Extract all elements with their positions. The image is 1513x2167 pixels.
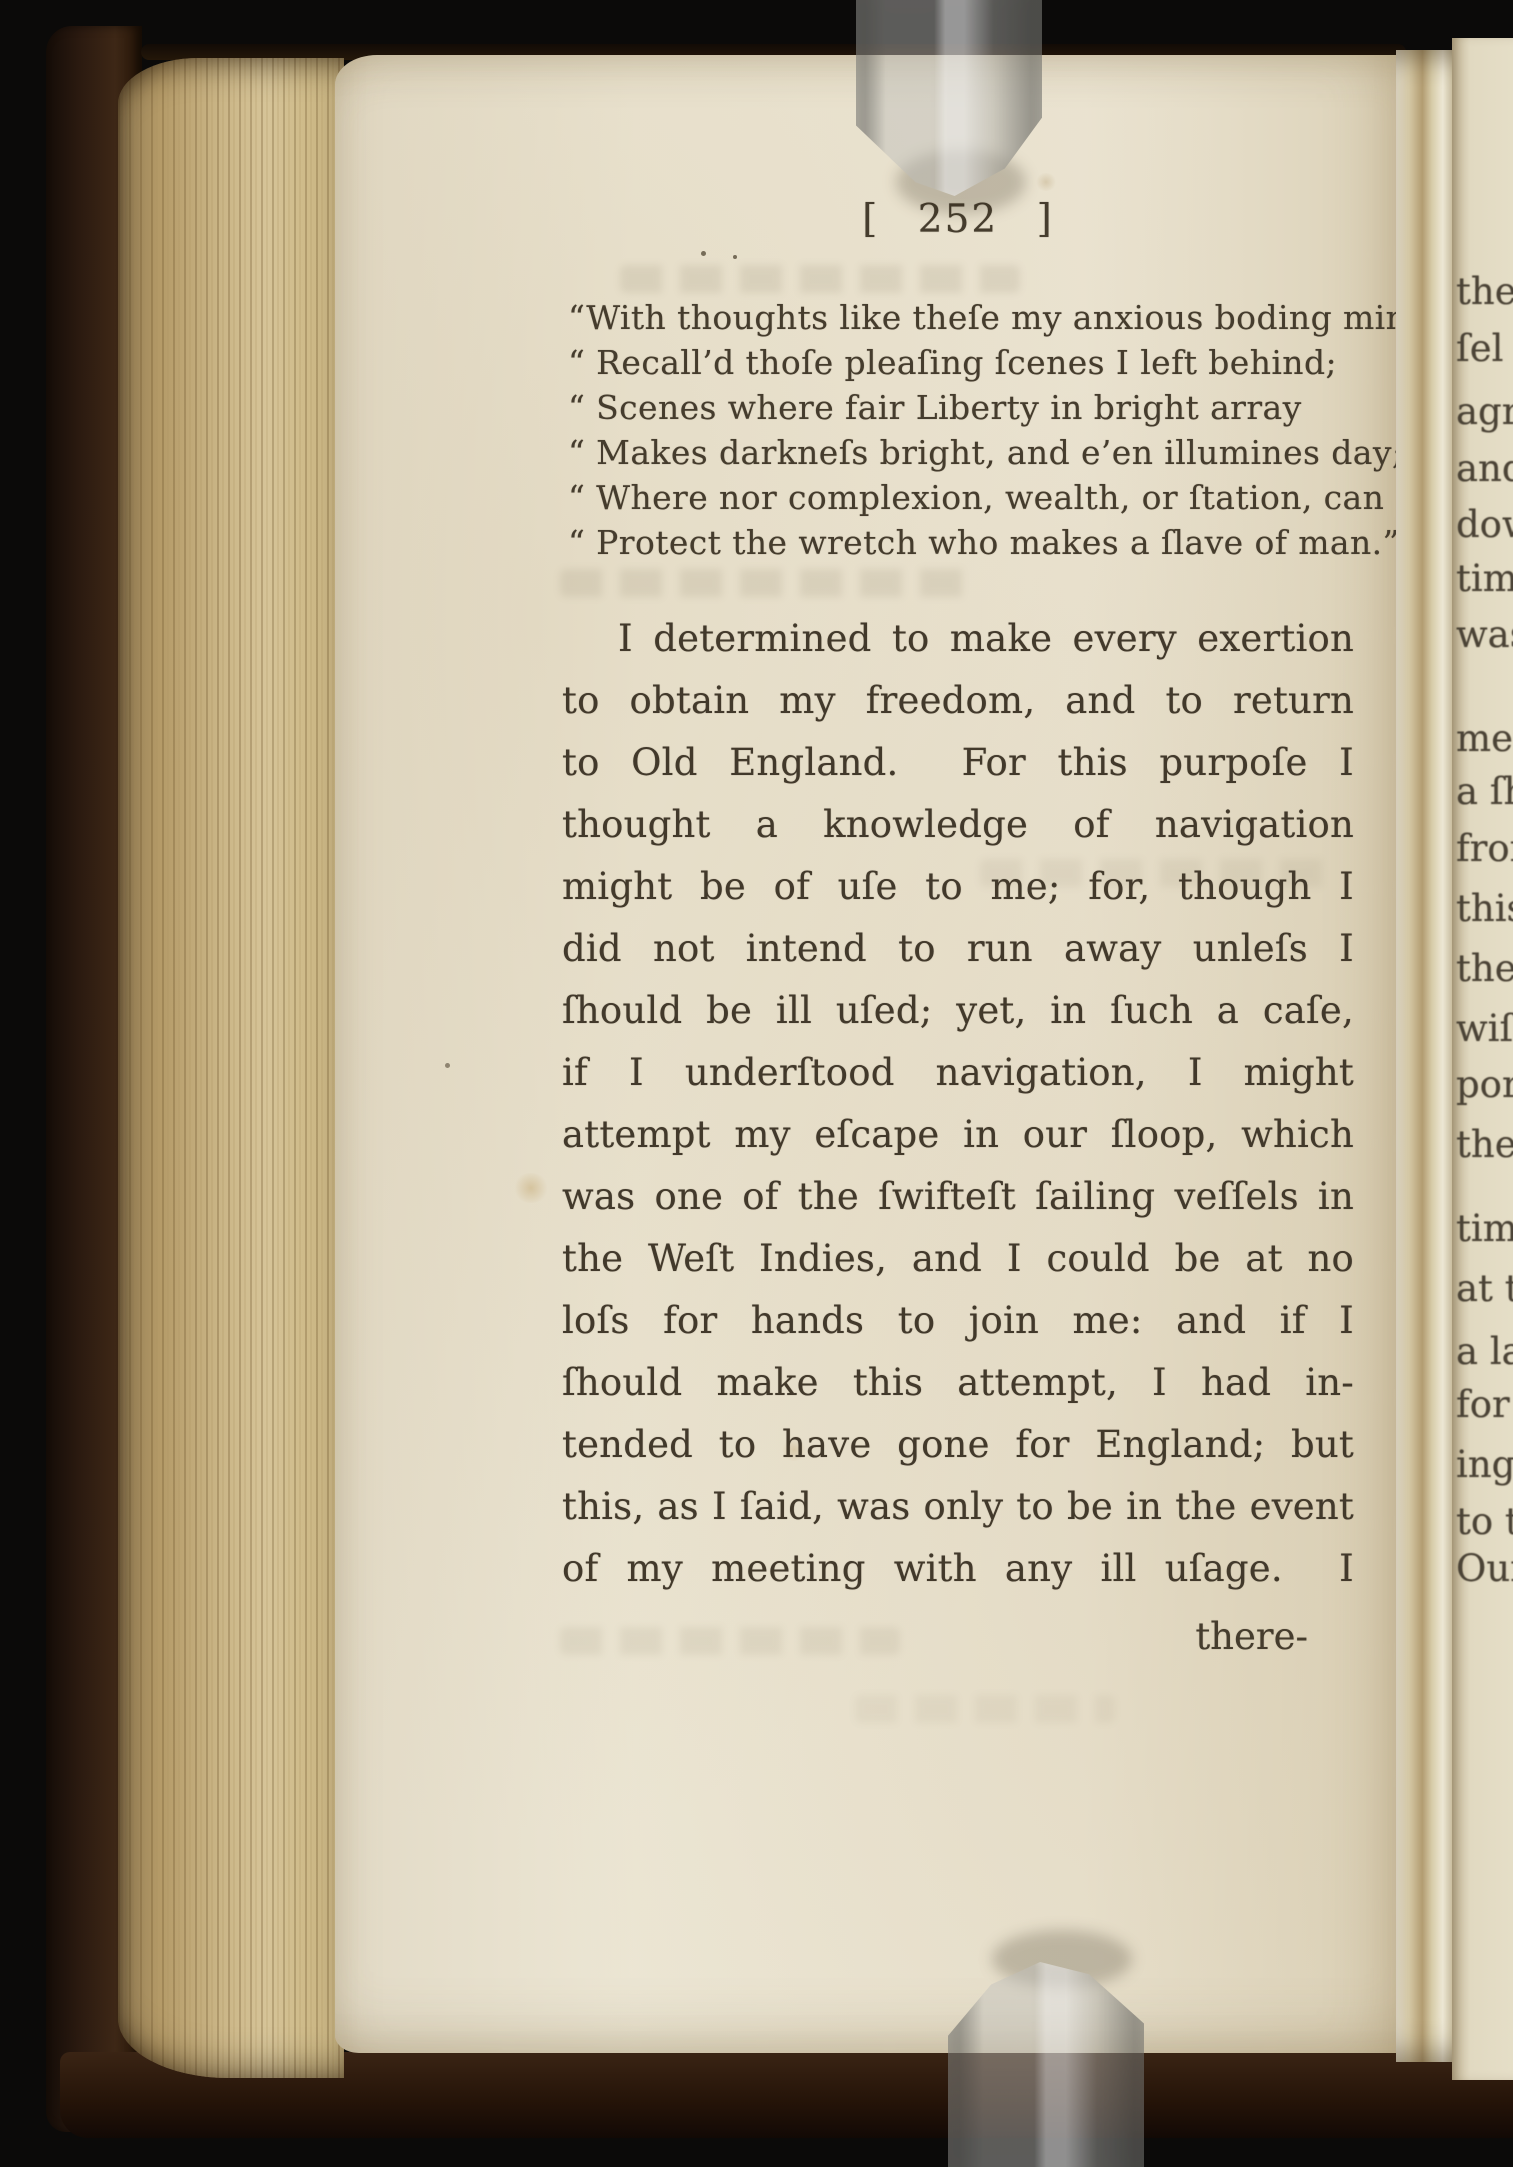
book-page-252: [ 252 ] “With thoughts like theſe my anx… [335, 55, 1405, 2053]
facing-page-text: ing v [1456, 1443, 1513, 1486]
paragraph-line: of my meeting with any ill uſage. I [562, 1538, 1354, 1600]
paragraph-line: I determined to make every exertion [562, 608, 1354, 670]
poem-line: “ Recall’d thoſe pleaſing ſcenes I left … [568, 340, 1398, 385]
catchword: there- [562, 1615, 1354, 1658]
paragraph-line: tended to have gone for England; but [562, 1414, 1354, 1476]
facing-page-text: to tw [1456, 1500, 1513, 1543]
facing-page-text: from [1456, 827, 1513, 870]
ink-speck [701, 251, 706, 256]
paragraph-line: ſhould be ill uſed; yet, in ſuch a caſe, [562, 980, 1354, 1042]
paragraph-line: ſhould make this attempt, I had in- [562, 1352, 1354, 1414]
facing-page-text: time, [1456, 1207, 1513, 1250]
facing-page-text: time a [1456, 557, 1513, 600]
page-stain [513, 1173, 549, 1203]
ink-speck [445, 1063, 450, 1068]
poem-line: “ Protect the wretch who makes a ſlave o… [568, 520, 1398, 565]
paragraph-line: to obtain my freedom, and to return [562, 670, 1354, 732]
facing-page-text: me, h [1456, 717, 1513, 760]
facing-page-text: for O [1456, 1383, 1513, 1426]
facing-page-text: portu [1456, 1063, 1513, 1106]
body-paragraph: I determined to make every exertion to o… [562, 608, 1354, 1600]
bleedthrough-text [620, 265, 1020, 293]
bleedthrough-text [560, 569, 970, 597]
facing-page-text: Our [1456, 1547, 1513, 1590]
facing-page-text: a lar [1456, 1330, 1513, 1373]
facing-page-text: at the [1456, 1267, 1513, 1310]
poem-line: “ Where nor complexion, wealth, or ſtati… [568, 475, 1398, 520]
facing-page-text: ſel to [1456, 327, 1513, 370]
paragraph-line: might be of uſe to me; for, though I [562, 856, 1354, 918]
poem-line: “With thoughts like theſe my anxious bod… [568, 295, 1398, 340]
poem-line: “ Scenes where fair Liberty in bright ar… [568, 385, 1398, 430]
facing-page-text: down [1456, 503, 1513, 546]
facing-page-edge: there ſel to agreed and ac down time a w… [1452, 38, 1513, 2080]
facing-page-text: was to [1456, 613, 1513, 656]
paragraph-line: if I underſtood navigation, I might [562, 1042, 1354, 1104]
paragraph-line: did not intend to run away unleſs I [562, 918, 1354, 980]
facing-page-text: this u [1456, 887, 1513, 930]
paragraph-line: loſs for hands to join me: and if I [562, 1290, 1354, 1352]
paragraph-line: to Old England. For this purpoſe I [562, 732, 1354, 794]
poem-line: “ Makes darkneſs bright, and e’en illumi… [568, 430, 1398, 475]
facing-page-text: themſ [1456, 1123, 1513, 1166]
page-stain [1035, 173, 1057, 191]
poem-quote: “With thoughts like theſe my anxious bod… [568, 295, 1398, 565]
ink-speck [733, 255, 737, 259]
facing-page-text: and ac [1456, 447, 1513, 490]
facing-page-text: the co [1456, 947, 1513, 990]
facing-page-text: wiſhe [1456, 1007, 1513, 1050]
facing-page-text: agreed [1456, 390, 1513, 433]
paragraph-line: thought a knowledge of navigation [562, 794, 1354, 856]
open-book-photo: [ 252 ] “With thoughts like theſe my anx… [0, 0, 1513, 2167]
bleedthrough-text [855, 1695, 1115, 1723]
facing-page-text: there [1456, 270, 1513, 313]
page-stack-edges [118, 58, 344, 2078]
paragraph-line: attempt my eſcape in our ſloop, which [562, 1104, 1354, 1166]
paragraph-line: the Weſt Indies, and I could be at no [562, 1228, 1354, 1290]
page-fold-edge [1396, 50, 1456, 2062]
facing-page-text: a ſha [1456, 770, 1513, 813]
paragraph-line: this, as I ſaid, was only to be in the e… [562, 1476, 1354, 1538]
paragraph-line: was one of the ſwifteſt ſailing veſſels … [562, 1166, 1354, 1228]
